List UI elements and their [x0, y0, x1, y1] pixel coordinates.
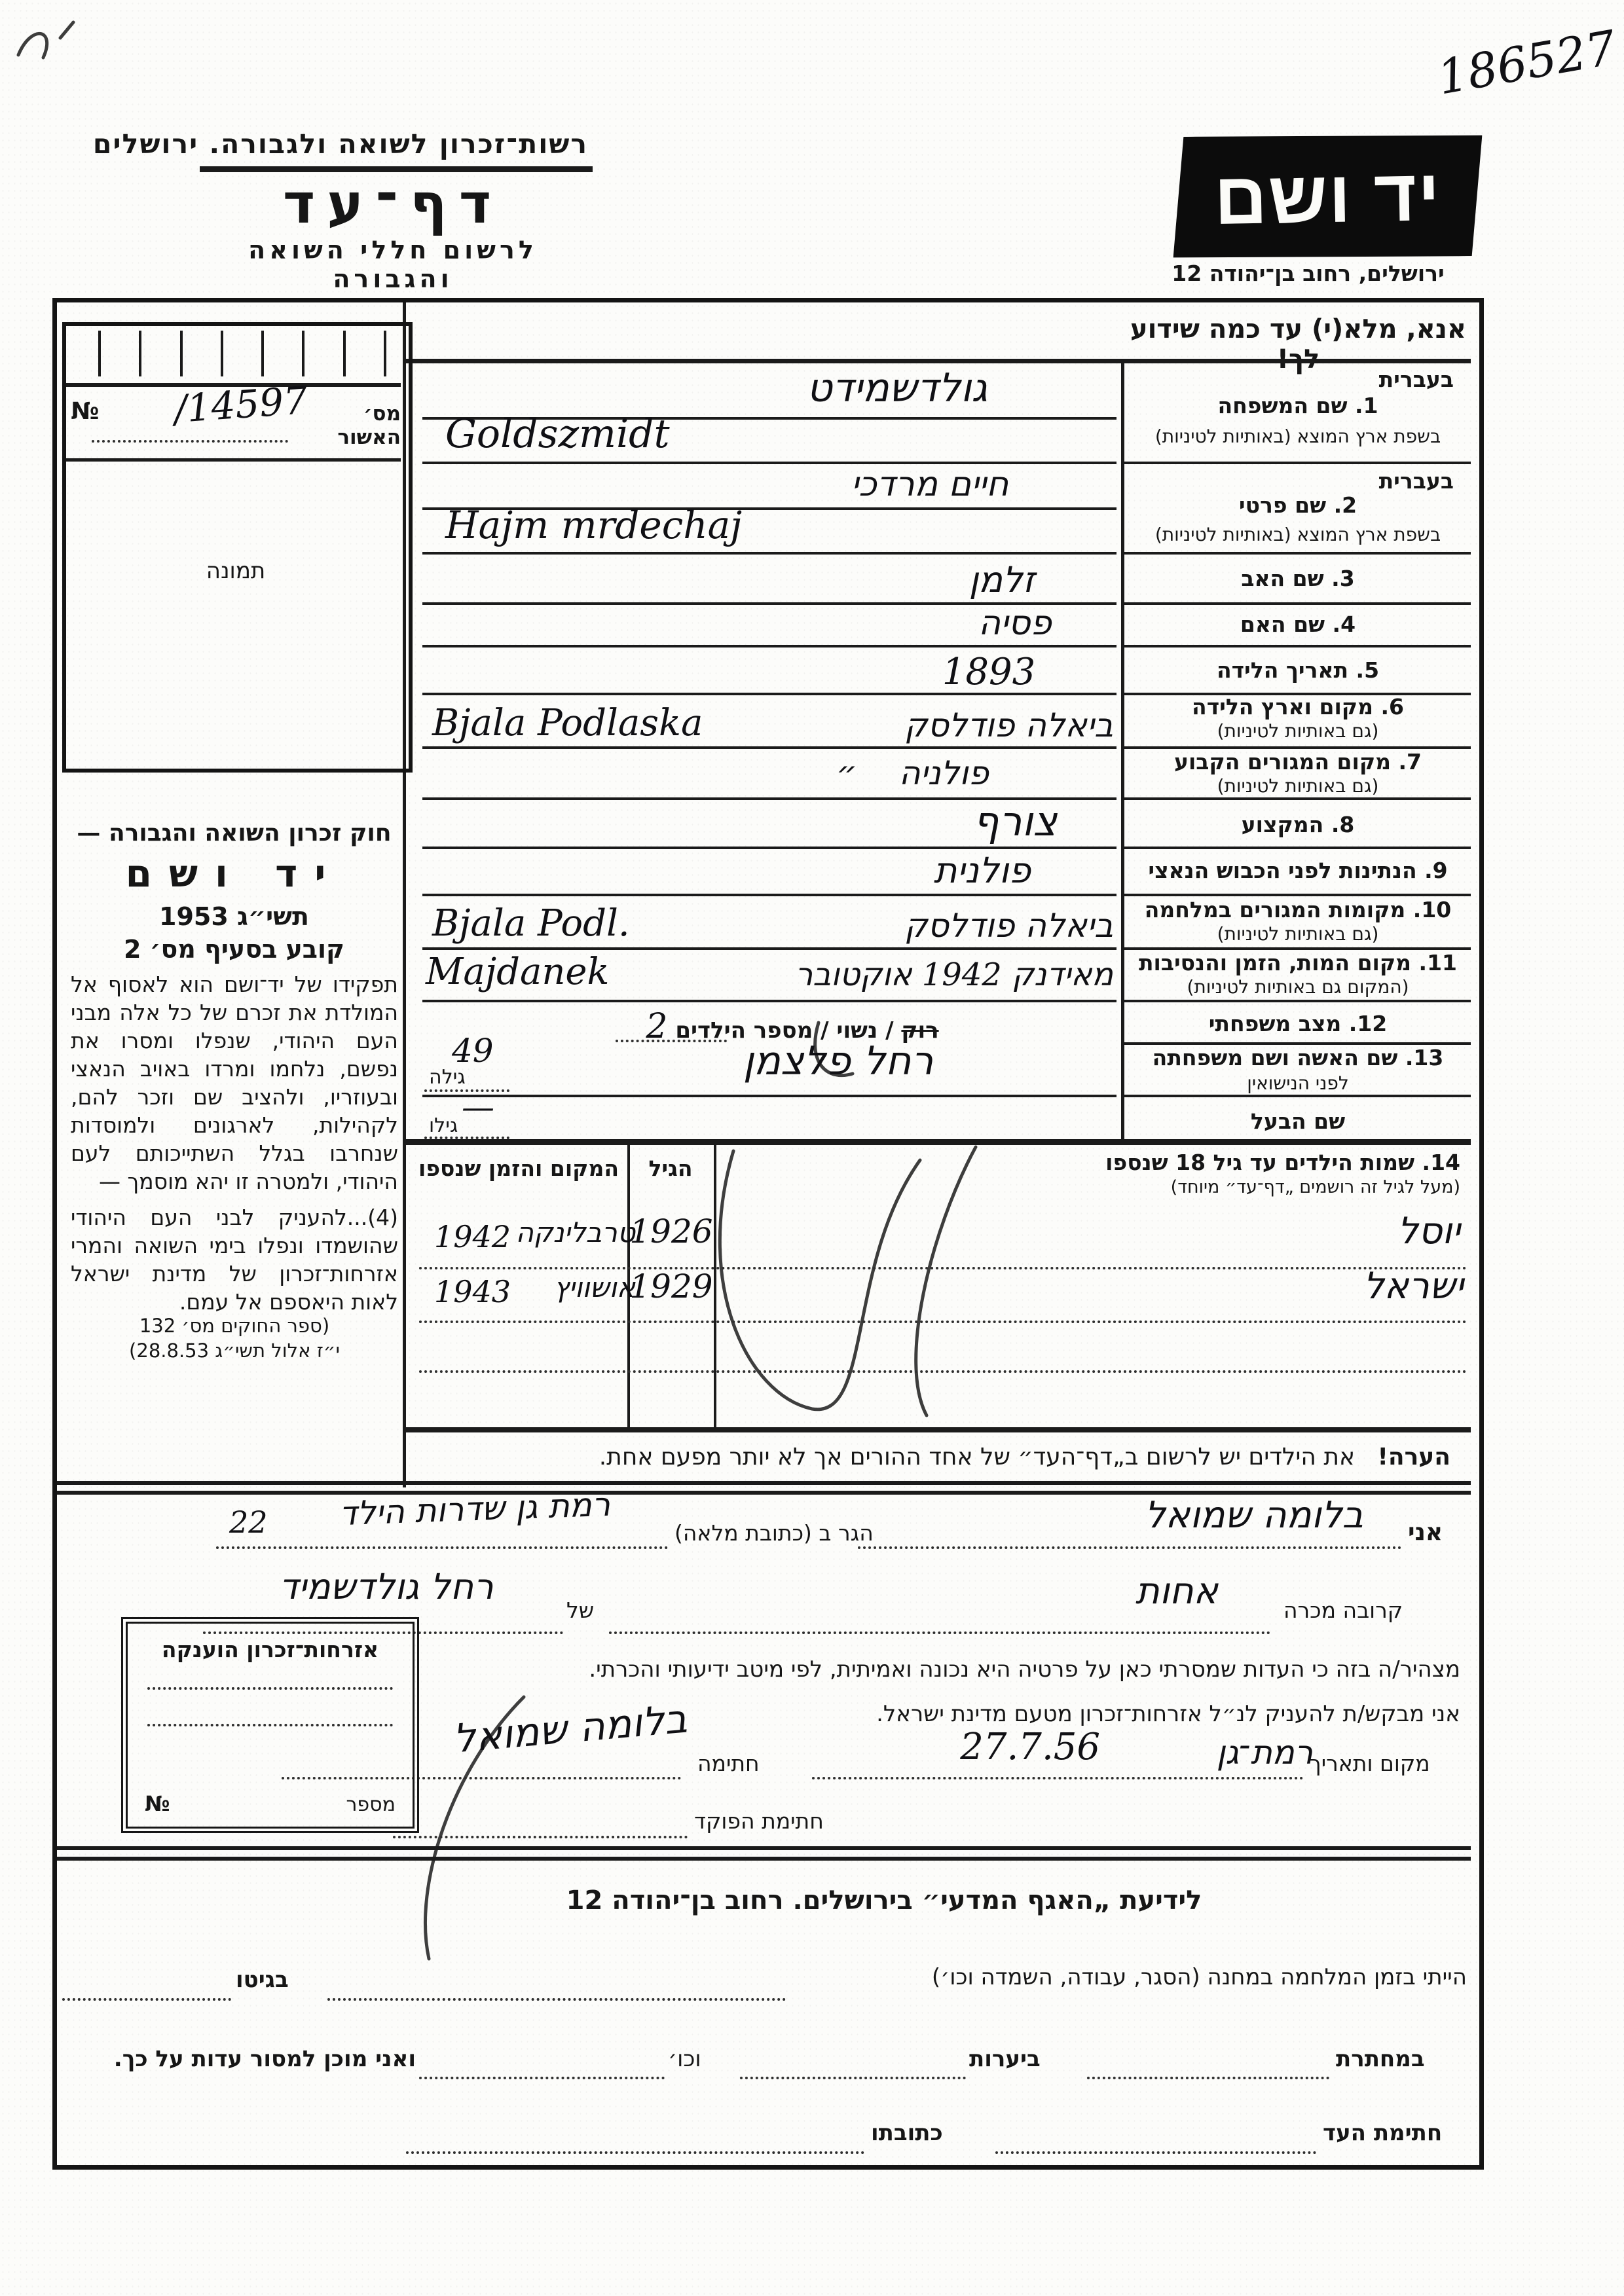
table-top-rule	[405, 1139, 1471, 1145]
field5-label: 5. תאריך הלידה	[1126, 659, 1469, 682]
relation-value: אחות	[1022, 1570, 1218, 1613]
field6-label: 6. מקום וארץ הלידה	[1126, 695, 1469, 719]
family-name-hebrew: גולדשמידט	[688, 365, 1107, 411]
his-age-value: —	[462, 1088, 494, 1126]
form-subtitle: לרשום חללי השואה והגבורה	[187, 236, 599, 293]
forests-dotted	[740, 2077, 966, 2079]
answer-line	[422, 746, 1116, 749]
field12-label: 12. מצב משפחתי	[1126, 1012, 1469, 1036]
science-branch-title: לידיעת „האגף המדעי״ בירושלים. רחוב בן־יה…	[452, 1886, 1316, 1916]
rule	[1121, 645, 1471, 647]
note-text: את הילדים יש לרשום ב„דף־העד״ של אחד ההור…	[599, 1444, 1355, 1470]
law-clause4: (4)...להעניק לבני העם היהודי שהושמדו ונפ…	[71, 1203, 398, 1316]
field4-label: 4. שם האם	[1126, 613, 1469, 636]
note-label: הערה!	[1377, 1444, 1450, 1470]
first-name-hebrew: חיים מרדכי	[753, 465, 1107, 504]
corner-scribble	[18, 33, 47, 58]
birth-country: פולניה ״	[674, 754, 989, 792]
field6-sublabel: (גם באותיות לטיניות)	[1126, 720, 1469, 742]
request-text: אני מבקש/ת להעניק לנ״ל אזרחות־זכרון מטעם…	[766, 1701, 1460, 1727]
child-year: 1942	[445, 1219, 511, 1254]
birth-year: 1893	[891, 651, 1087, 693]
place-column-header: המקום והזמן שנספו	[411, 1156, 627, 1181]
witness-address-label: הגר ב (כתובת מלאה)	[674, 1520, 874, 1546]
testify-text: ואני מוכן למסור עדות על כך.	[62, 2046, 416, 2072]
grant-numero-symbol: №	[145, 1791, 170, 1816]
law-source-1: (ספר החוקים מס׳ 132	[71, 1315, 398, 1337]
place-date-label: מקום ותאריך	[1310, 1751, 1430, 1776]
children-note: הערה! את הילדים יש לרשום ב„דף־העד״ של אח…	[419, 1444, 1450, 1470]
field1-sublabel: בשפת ארץ המוצא (באותיות לטיניות)	[1126, 426, 1469, 447]
field7-sublabel: (גם באותיות לטיניות)	[1126, 775, 1469, 797]
child-place: טרבלינקה	[504, 1216, 635, 1248]
answer-line	[422, 847, 1116, 849]
law-name: יד ושם	[69, 851, 399, 896]
testimony-page: רשות־זכרון לשואה ולגבורה. ירושלים דף־עד …	[0, 0, 1624, 2296]
field10-sublabel: (גם באותיות לטיניות)	[1126, 923, 1469, 945]
clerk-signature-label: חתימת הפוקד	[694, 1808, 824, 1834]
ghetto-dotted	[62, 1998, 231, 2001]
grant-dotted-1	[147, 1687, 393, 1690]
occupation: צורף	[917, 797, 1113, 845]
law-year: תשי״ג 1953	[69, 902, 399, 931]
date-value: 27.7.56	[904, 1726, 1100, 1768]
field11-sublabel: (המקום גם באותיות לטיניות)	[1126, 976, 1469, 998]
answer-line	[422, 462, 1116, 464]
field1-lang: בעברית	[1126, 367, 1454, 392]
children-column-label: 14. שמות הילדים עד גיל 18 שנספו	[720, 1150, 1460, 1175]
child-age: 1929	[625, 1267, 717, 1305]
witness-sign-label: חתימת העד	[1323, 2120, 1442, 2146]
rule	[1121, 1095, 1471, 1097]
signature-label: חתימה	[697, 1751, 760, 1776]
approval-dotted-line	[92, 440, 288, 443]
child-year: 1943	[445, 1274, 511, 1309]
child-place: אושוויץ	[504, 1271, 635, 1303]
numero-symbol: №	[71, 398, 99, 425]
husband-label: שם הבעל	[1126, 1110, 1469, 1133]
witness-address-dotted	[216, 1546, 668, 1549]
instruction-rule	[405, 359, 1471, 363]
labels-separator	[1121, 360, 1124, 1140]
answer-line	[422, 552, 1116, 555]
birth-country-value: פולניה	[899, 754, 989, 792]
answer-line	[422, 645, 1116, 647]
death-place-hebrew: מאידנק 1942 אוקטובר	[795, 957, 1113, 993]
approval-rule	[66, 458, 401, 462]
bottom-rule-2	[57, 1857, 1471, 1861]
field9-label: 9. הנתינות לפני הכבוש הנאצי	[1126, 859, 1469, 883]
rule	[1121, 552, 1471, 555]
form-title: דף־עד	[229, 172, 557, 236]
rule	[1121, 1000, 1471, 1002]
birth-place-line: Bjala Podlaska ביאלה פודלסק	[432, 702, 1113, 744]
field13-label: 13. שם האשה ושם משפחתה	[1126, 1046, 1469, 1070]
law-body: תפקידו של יד־ושם הוא לאסוף אל המולדת את …	[71, 970, 398, 1195]
field2-label: 2. שם פרטי	[1126, 494, 1469, 517]
logo-text: יד ושם	[1213, 152, 1442, 240]
grant-number-label: מספר	[346, 1793, 396, 1816]
fill-instruction: אנא, מלא(י) עד כמה שידוע לך!	[1130, 314, 1467, 374]
witness-i-label: אני	[1408, 1519, 1443, 1546]
field13-sublabel: לפני הנישואין	[1126, 1072, 1469, 1094]
war-residence-line: Bjala Podl. ביאלה פודלסק	[432, 902, 1113, 945]
death-place-line: Majdanek מאידנק 1942 אוקטובר	[426, 951, 1113, 993]
grant-dotted-2	[147, 1724, 393, 1726]
place-value: רמת־גן	[1143, 1734, 1313, 1772]
answer-line	[422, 1000, 1116, 1002]
law-clause: קובע בסעיף מס׳ 2	[69, 935, 399, 964]
witness-addr-dotted	[406, 2151, 864, 2154]
place-date-dotted	[812, 1777, 1303, 1779]
field11-label: 11. מקום המות, הזמן והנסיבות	[1126, 951, 1469, 975]
relation-label: קרובה מכרה	[1283, 1597, 1403, 1623]
field3-label: 3. שם האב	[1126, 567, 1469, 591]
war-residence-latin: Bjala Podl.	[432, 902, 630, 945]
witness-address-number: 22	[229, 1504, 268, 1540]
table-bottom-rule	[405, 1427, 1471, 1432]
clerk-signature-dotted	[393, 1836, 688, 1838]
underground-label: במחתרת	[1336, 2046, 1425, 2072]
grant-box-title: אזרחות־זכרון הוענקה	[128, 1637, 413, 1662]
answer-line	[422, 947, 1116, 950]
rule	[1121, 602, 1471, 605]
law-intro: חוק זכרון השואה והגבורה —	[69, 820, 399, 847]
war-residence-hebrew: ביאלה פודלסק	[904, 907, 1113, 945]
office-address: ירושלים, רחוב בן־יהודה 12	[1130, 261, 1486, 286]
rule	[1121, 894, 1471, 896]
field10-label: 10. מקומות המגורים במלחמה	[1126, 898, 1469, 922]
wife-name: רחל פלצמן	[655, 1038, 1022, 1084]
org-name: רשות־זכרון לשואה ולגבורה. ירושלים	[92, 128, 589, 160]
witness-addr-label: כתובתו	[871, 2120, 943, 2146]
witness-name-dotted	[858, 1546, 1401, 1549]
father-name: זלמן	[904, 559, 1100, 600]
note-rule-1	[57, 1481, 1471, 1485]
answer-line	[422, 894, 1116, 896]
death-place-latin: Majdanek	[426, 951, 609, 993]
camp-line-label: הייתי בזמן המלחמה במחנה (הסגר, עבודה, הש…	[792, 1964, 1467, 1990]
approval-number-label: מס׳ האשור	[296, 402, 401, 449]
camp-dotted	[327, 1998, 786, 2001]
citizenship: פולנית	[851, 850, 1113, 891]
number-ticks	[98, 331, 386, 376]
field2-sublabel: בשפת ארץ המוצא (באותיות לטיניות)	[1126, 524, 1469, 545]
first-name-latin: Hajm mrdechaj	[445, 503, 917, 547]
birth-place-latin: Bjala Podlaska	[432, 702, 703, 744]
field8-label: 8. המקצוע	[1126, 813, 1469, 837]
relation-dotted	[609, 1631, 1270, 1634]
witness-sign-dotted	[995, 2151, 1316, 2154]
etc-dotted	[419, 2077, 665, 2079]
his-age-label: גילו	[429, 1114, 458, 1137]
child-name: יוסל	[1277, 1210, 1460, 1252]
field1-label: 1. שם המשפחה	[1126, 394, 1469, 418]
forests-label: ביערות	[969, 2046, 1041, 2072]
her-age-value: 49	[452, 1032, 494, 1070]
child-name: ישראל	[1274, 1265, 1464, 1307]
yad-vashem-logo: יד ושם	[1171, 132, 1484, 261]
underground-dotted	[1087, 2077, 1329, 2079]
field7-label: 7. מקום המגורים הקבוע	[1126, 750, 1469, 774]
children-column-sublabel: (מעל לגיל זה רושמים „דף־עד״ מיוחד)	[720, 1177, 1460, 1197]
bottom-rule-1	[57, 1846, 1471, 1850]
photo-label: תמונה	[196, 558, 275, 584]
age-column-header: הגיל	[627, 1156, 714, 1181]
etc-label: וכו׳	[668, 2046, 701, 2072]
deceased-relative-name: רחל גולדשמיד	[210, 1566, 563, 1607]
family-name-latin: Goldszmidt	[445, 411, 904, 457]
declaration-text: מצהיר/ה בזה כי העדות שמסרתי כאן על פרטיה…	[308, 1656, 1460, 1683]
law-source-2: י״ז אלול תשי״ג 28.8.53)	[71, 1339, 398, 1362]
ditto-mark: ״	[836, 754, 857, 792]
rule	[1121, 847, 1471, 849]
table-row-line	[419, 1370, 1467, 1373]
rule	[1121, 797, 1471, 800]
mother-name: פסיה	[930, 604, 1100, 643]
answer-line	[422, 1095, 1116, 1097]
ghetto-label: בגיטו	[236, 1967, 289, 1993]
birth-place-hebrew: ביאלה פודלסק	[904, 706, 1113, 744]
grant-citizenship-box: אזרחות־זכרון הוענקה מספר №	[121, 1617, 419, 1833]
of-label: של	[566, 1597, 594, 1623]
rule	[1121, 462, 1471, 464]
child-age: 1926	[625, 1212, 717, 1250]
table-row-line	[419, 1321, 1467, 1323]
field2-lang: בעברית	[1126, 468, 1454, 494]
witness-name: בלומה שמואל	[1113, 1494, 1395, 1537]
